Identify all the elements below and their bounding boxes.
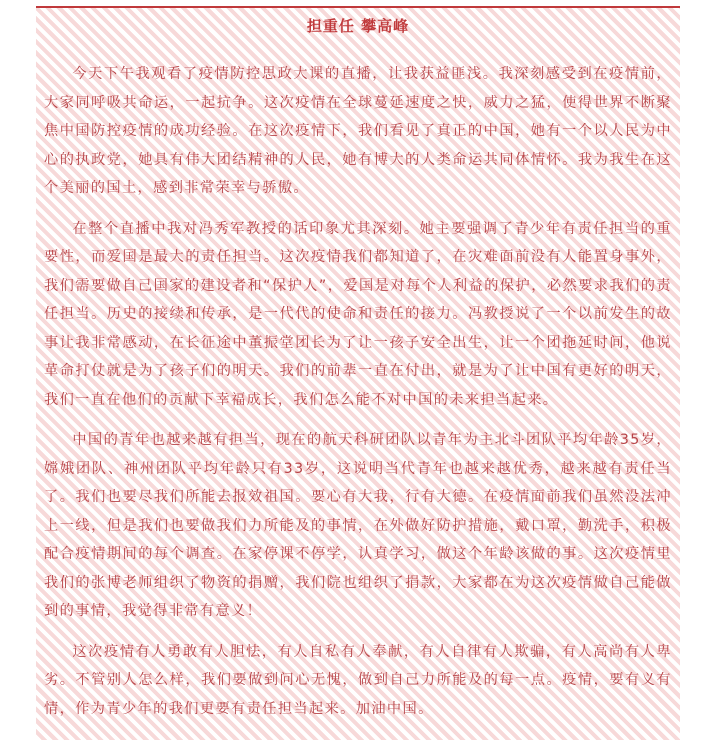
paragraph-3: 中国的青年也越来越有担当，现在的航天科研团队以青年为主北斗团队平均年龄35岁，嫦… xyxy=(44,426,672,626)
paragraph-4: 这次疫情有人勇敢有人胆怯，有人自私有人奉献，有人自律有人欺骗，有人高尚有人卑劣。… xyxy=(44,638,672,724)
article-title: 担重任 攀高峰 xyxy=(36,14,680,38)
paragraph-2: 在整个直播中我对冯秀军教授的话印象尤其深刻。她主要强调了青少年有责任担当的重要性… xyxy=(44,215,672,415)
article-panel: 担重任 攀高峰 今天下午我观看了疫情防控思政大课的直播，让我获益匪浅。我深刻感受… xyxy=(36,6,680,740)
article-body: 今天下午我观看了疫情防控思政大课的直播，让我获益匪浅。我深刻感受到在疫情前，大家… xyxy=(44,60,672,735)
paragraph-1: 今天下午我观看了疫情防控思政大课的直播，让我获益匪浅。我深刻感受到在疫情前，大家… xyxy=(44,60,672,203)
